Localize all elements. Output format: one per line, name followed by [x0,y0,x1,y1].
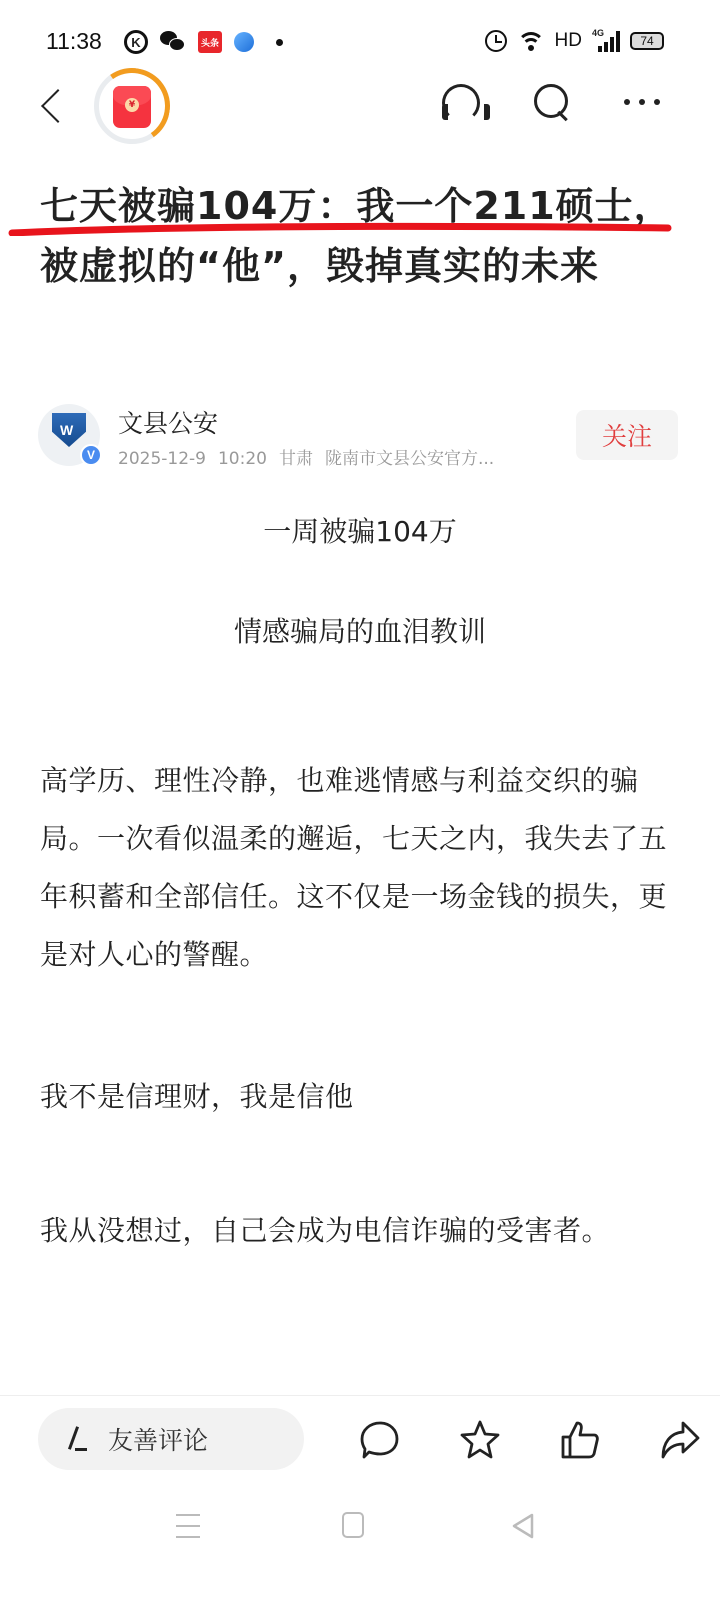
blue-app-icon [234,32,254,52]
red-underline-annotation [8,222,673,236]
nav-actions [440,82,660,122]
comment-button[interactable] [330,1416,430,1464]
share-icon [659,1419,701,1461]
author-row: W V 文县公安 2025-12-910:20甘肃陇南市文县公安官方... 关注 [38,402,678,472]
headphone-icon[interactable] [440,82,480,122]
system-back-icon[interactable] [510,1512,536,1540]
share-button[interactable] [630,1416,720,1464]
back-button[interactable] [36,84,64,128]
home-icon[interactable] [342,1512,364,1538]
top-nav: ¥ [0,60,720,152]
more-icon[interactable] [624,82,660,122]
bar-actions [330,1416,720,1464]
hd-indicator: HD [555,30,582,52]
author-name[interactable]: 文县公安 [118,404,218,440]
comment-placeholder: 友善评论 [108,1421,208,1457]
recent-apps-icon[interactable] [176,1514,200,1538]
paragraph-1: 高学历、理性冷静，也难逃情感与利益交织的骗局。一次看似温柔的邂逅，七天之内，我失… [40,752,680,984]
battery-icon: 74 [630,32,664,50]
publish-location: 甘肃 [279,449,313,469]
k-app-icon: K [124,30,148,54]
yuan-coin-icon: ¥ [125,98,139,112]
author-description: 陇南市文县公安官方... [325,449,494,469]
favorite-button[interactable] [430,1416,530,1464]
publish-date: 2025-12-9 [118,449,206,469]
red-packet-reward-button[interactable]: ¥ [94,68,170,144]
system-nav-bar [0,1500,720,1560]
search-icon[interactable] [532,82,572,122]
article-body: 一周被骗104万 情感骗局的血泪教训 高学历、理性冷静，也难逃情感与利益交织的骗… [40,510,680,1260]
cell-signal-icon: 4G [592,30,620,52]
wechat-icon [160,31,186,53]
like-button[interactable] [530,1416,630,1464]
pen-icon [64,1426,90,1452]
paragraph-3: 我从没想过，自己会成为电信诈骗的受害者。 [40,1202,680,1260]
toutiao-icon: 头条 [198,31,222,53]
thumbs-up-icon [559,1419,601,1461]
author-meta: 2025-12-910:20甘肃陇南市文县公安官方... [118,444,506,469]
article-title: 七天被骗104万：我一个211硕士，被虚拟的“他”，毁掉真实的未来 [40,176,680,296]
bottom-action-bar: 友善评论 [0,1395,720,1485]
more-notifications-dot-icon [276,39,283,46]
star-icon [459,1419,501,1461]
verified-badge-icon: V [80,444,102,466]
wifi-icon [517,30,545,52]
notification-icons: K 头条 [124,30,283,54]
comment-icon [359,1419,401,1461]
follow-button[interactable]: 关注 [576,410,678,460]
system-status-icons: HD 4G 74 [485,30,664,52]
publish-time: 10:20 [218,449,267,469]
subtitle-2: 情感骗局的血泪教训 [40,610,680,654]
status-time: 11:38 [46,28,102,55]
subtitle-1: 一周被骗104万 [40,510,680,554]
alarm-icon [485,30,507,52]
comment-input[interactable]: 友善评论 [38,1408,304,1470]
paragraph-2: 我不是信理财，我是信他 [40,1068,680,1126]
